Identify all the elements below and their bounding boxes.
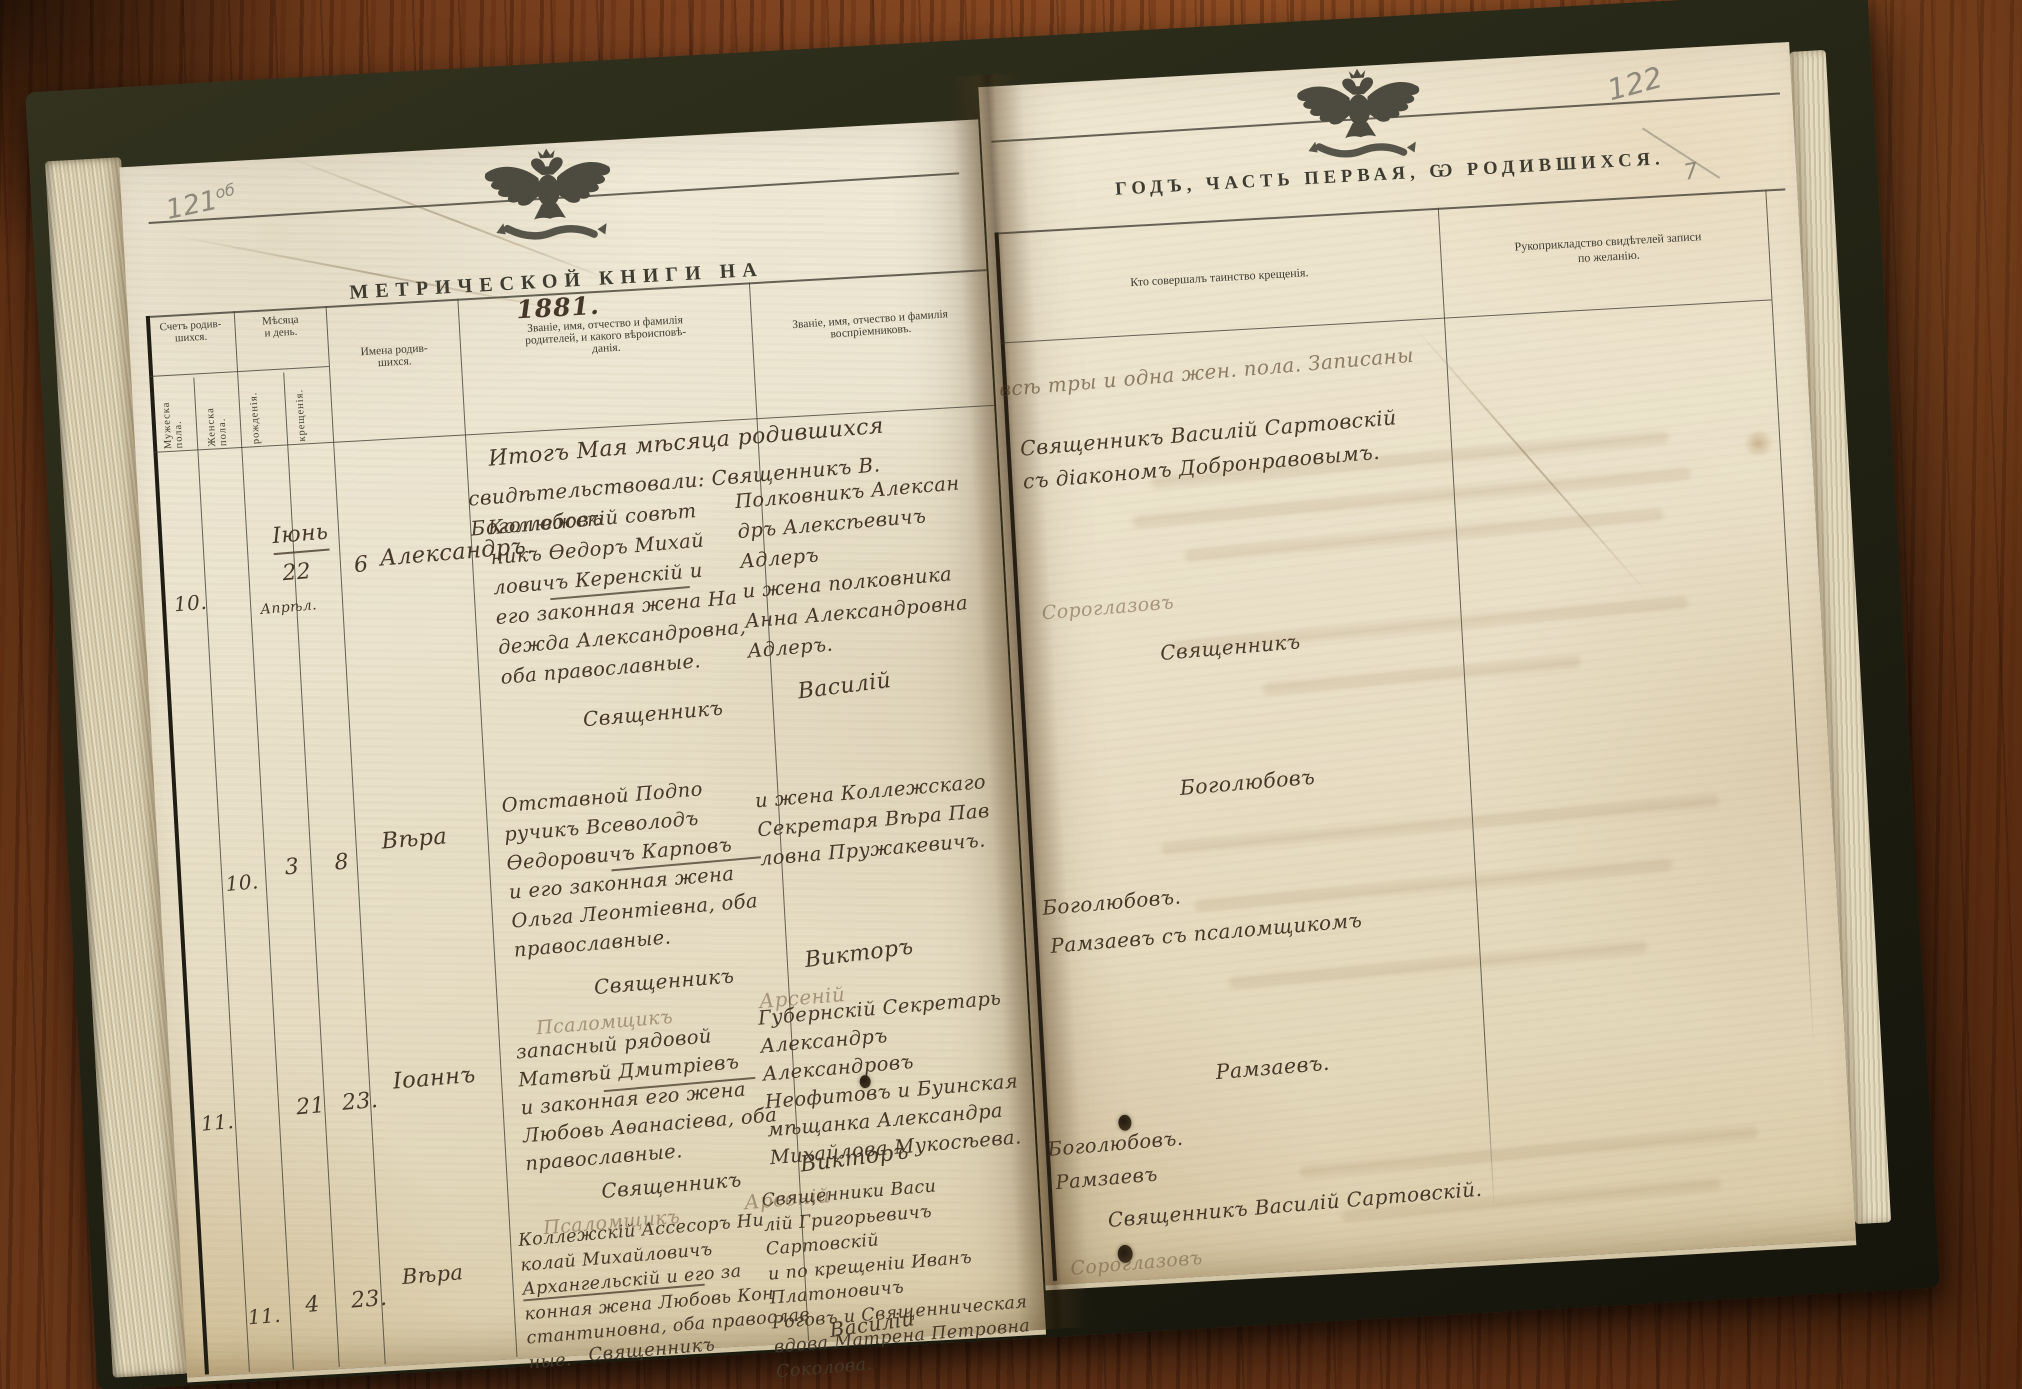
left-page: 121об МЕТРИЧЕСК bbox=[119, 119, 1046, 1382]
column-header-day-born: рожденія. bbox=[247, 376, 262, 445]
subheader-rule bbox=[149, 371, 237, 377]
entry-4-count-female: 11. bbox=[247, 1300, 282, 1333]
entry-2-signature-name: Викторъ bbox=[803, 933, 915, 976]
entry-2-count-female: 10. bbox=[224, 866, 259, 899]
entry-4-name: Вѣра bbox=[401, 1257, 465, 1292]
column-line bbox=[1438, 208, 1495, 1211]
entry-2-godparents: и жена Коллежскаго Секретаря Вѣра Пав ло… bbox=[754, 765, 1015, 873]
entry-1-signature-role: Священникъ bbox=[582, 693, 725, 735]
header-bottom-rule bbox=[1001, 299, 1772, 343]
entry-2-day-born: 3 bbox=[284, 852, 301, 883]
officiant-note: Боголюбовъ. bbox=[1047, 1124, 1185, 1165]
bleed-through-mark bbox=[1170, 596, 1689, 653]
entry-4-day-baptized: 23. bbox=[350, 1284, 389, 1317]
subheader-rule bbox=[237, 366, 329, 372]
entry-4-godparents: Священники Васи лій Григорьевичъ Сартовс… bbox=[761, 1166, 1052, 1384]
entry-2-signature-role: Священникъ bbox=[593, 960, 736, 1002]
column-header-names: Имена родив- шихся. bbox=[328, 341, 461, 372]
officiant-note: Сороглазовъ bbox=[1069, 1243, 1204, 1284]
entry-1-count-male: 10. bbox=[173, 587, 208, 620]
officiant-note: Священникъ Василій Сартовскій съ діаконо… bbox=[1019, 401, 1401, 498]
folio-suffix: об bbox=[213, 180, 236, 203]
entry-1-day-born-note: Апрѣл. bbox=[259, 590, 318, 625]
summary-continuation: всѣ тры и одна жен. пола. Записаны bbox=[998, 340, 1415, 405]
column-header-witnesses: Рукоприкладство свидѣтелей записи по жел… bbox=[1458, 226, 1759, 273]
photo-of-metrical-book: 121об МЕТРИЧЕСК bbox=[0, 0, 2022, 1389]
entry-3-day-baptized: 23. bbox=[341, 1086, 380, 1119]
officiant-note: Боголюбовъ. bbox=[1041, 881, 1182, 923]
paper-stain bbox=[1741, 429, 1776, 457]
imperial-eagle-crest bbox=[1284, 62, 1435, 170]
entry-4-day-born: 4 bbox=[304, 1290, 321, 1321]
column-line bbox=[234, 311, 295, 1369]
entry-2-day-baptized: 8 bbox=[333, 847, 350, 878]
book-cover: 121об МЕТРИЧЕСК bbox=[25, 0, 1940, 1389]
column-header-count-female: Женска пола. bbox=[203, 378, 229, 447]
officiant-note: Рамзаевъ bbox=[1054, 1160, 1158, 1198]
double-headed-eagle-icon bbox=[1284, 62, 1435, 165]
bleed-through-mark bbox=[1194, 858, 1673, 912]
entry-1-day-born: 22 bbox=[281, 557, 312, 589]
bleed-through-mark bbox=[1161, 794, 1720, 855]
column-line bbox=[326, 306, 387, 1364]
column-header-month-day: Мѣсяца и день. bbox=[234, 312, 327, 341]
officiant-note: Сороглазовъ bbox=[1041, 587, 1176, 628]
column-header-count: Счетъ родив- шихся. bbox=[146, 317, 235, 346]
entry-1-godparents: Полковникъ Алексан дръ Алексѣевичъ Адлер… bbox=[734, 465, 1010, 666]
column-header-count-male: Мужеска пола. bbox=[159, 380, 185, 449]
entry-1-signature-name: Василій bbox=[796, 666, 893, 708]
bleed-through-mark bbox=[1262, 656, 1582, 696]
bleed-through-mark bbox=[1228, 941, 1647, 990]
entry-1-month: Іюнь bbox=[271, 518, 330, 556]
entry-3-day-born: 21 bbox=[295, 1091, 326, 1123]
entry-2-name: Вѣра bbox=[380, 821, 448, 856]
bleed-through-mark bbox=[1299, 1126, 1758, 1178]
officiant-note: Боголюбовъ bbox=[1179, 762, 1317, 803]
column-header-godparents: Званіе, имя, отчество и фамилія воспріем… bbox=[751, 305, 990, 346]
entry-3-name: Іоаннъ bbox=[392, 1060, 477, 1097]
entry-3-signature-role: Священникъ bbox=[600, 1164, 743, 1206]
officiant-note: Рамзаевъ. bbox=[1214, 1048, 1330, 1087]
column-header-officiant: Кто совершалъ таинство крещенія. bbox=[1019, 259, 1419, 296]
double-headed-eagle-icon bbox=[471, 141, 626, 247]
right-page: 122 7 ГОДЪ, ЧАСТЬ bbox=[978, 42, 1856, 1290]
entry-3-count-male: 11. bbox=[200, 1106, 235, 1139]
entry-1-day-baptized: 6 bbox=[353, 550, 370, 581]
column-header-day-baptized: крещенія. bbox=[293, 373, 308, 442]
